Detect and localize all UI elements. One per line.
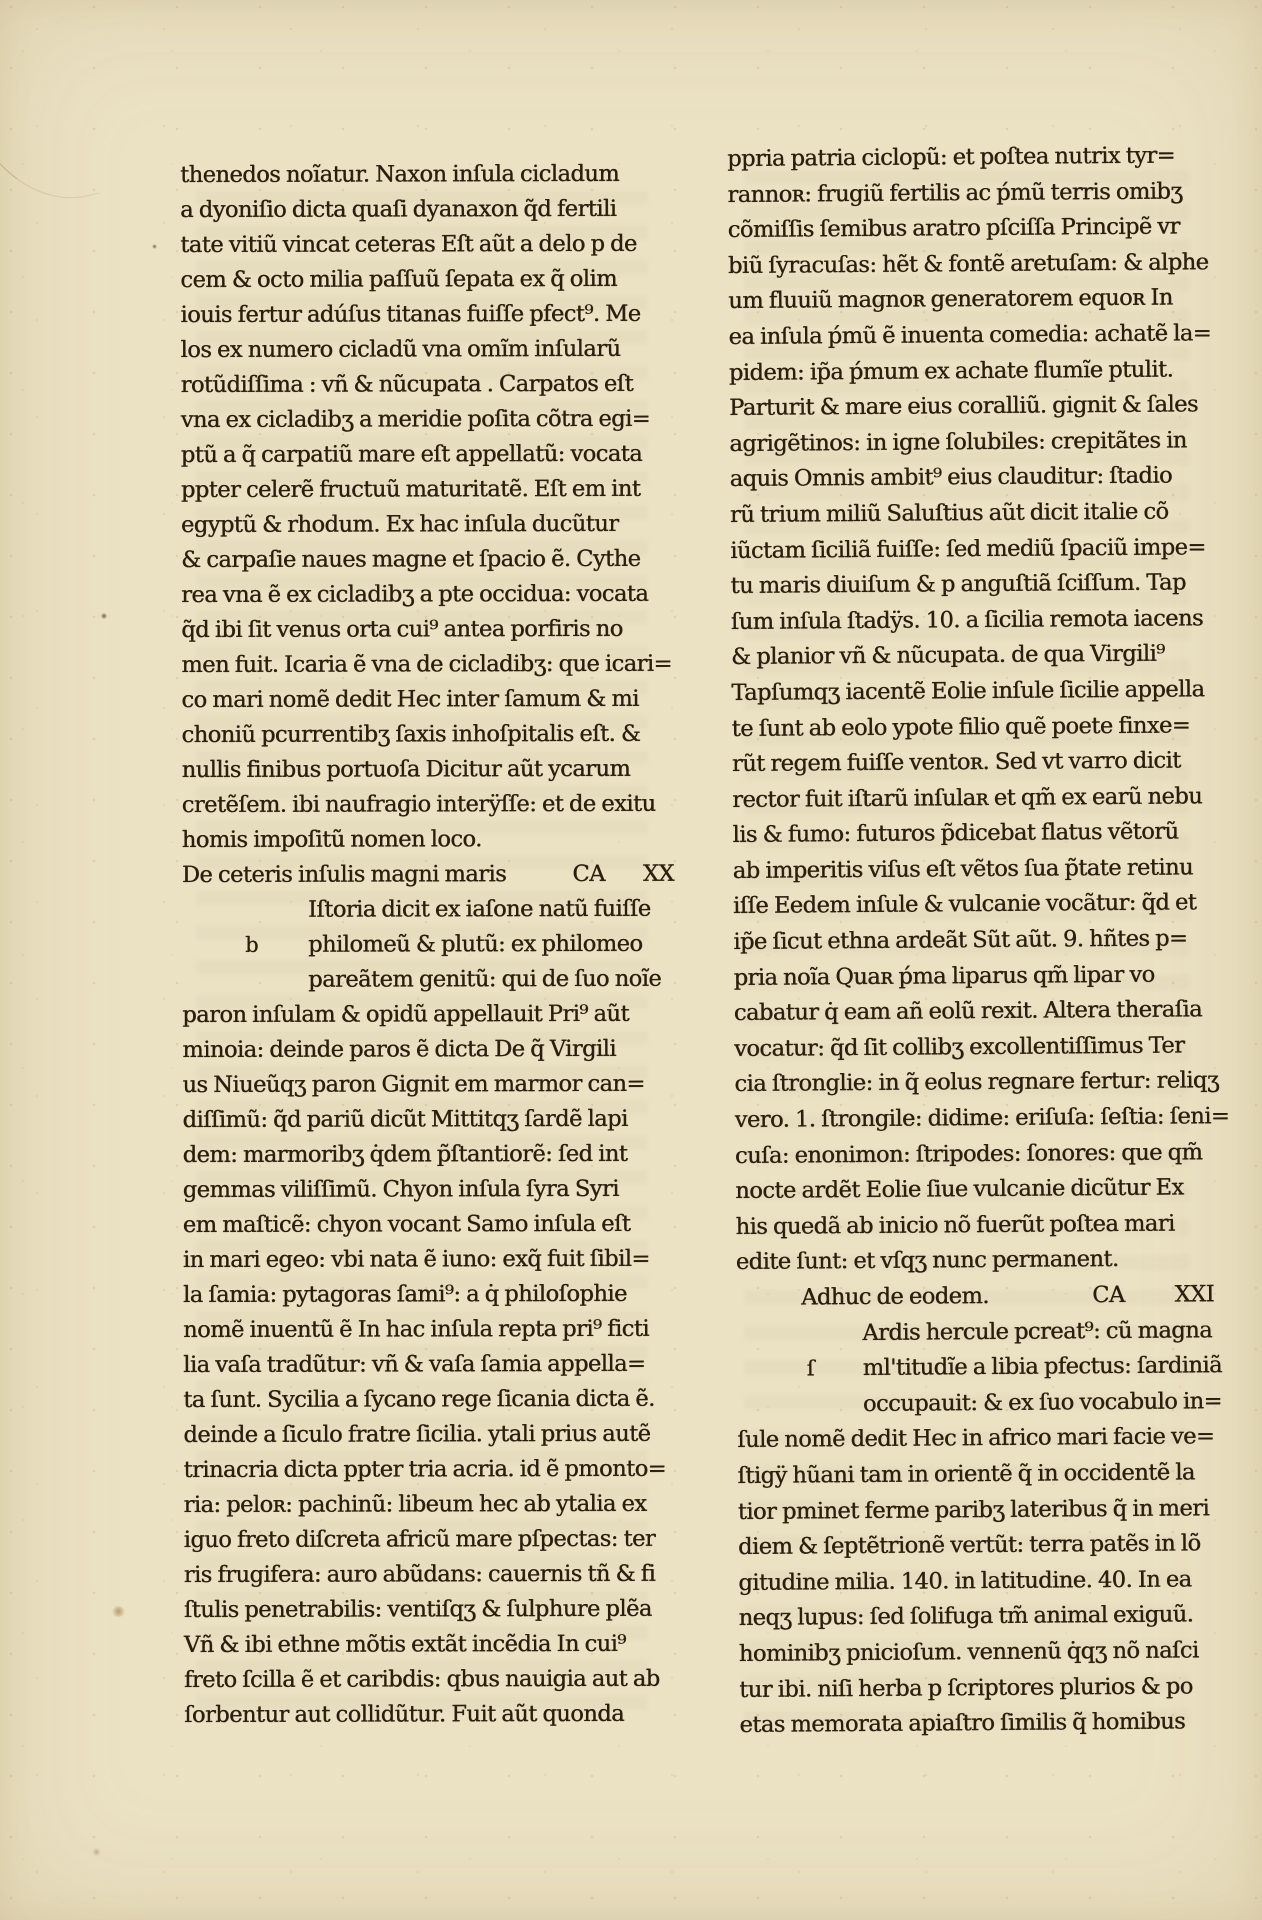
line-text: em maſticẽ: chyon vocant Samo inſula eſt bbox=[183, 1211, 631, 1238]
line-text: Parturit & mare eius coralliũ. gignit & … bbox=[729, 391, 1198, 421]
line-text: iguo freto diſcreta africũ mare pſpectas… bbox=[184, 1526, 656, 1553]
text-line: rũt regem fuiſſe ventoʀ. Sed vt varro di… bbox=[732, 743, 1210, 782]
text-line: pidem: ip̃a ṕmum ex achate flumĩe ptulit… bbox=[729, 352, 1207, 391]
line-text: te ſunt ab eolo ypote filio quẽ poete fi… bbox=[732, 712, 1191, 742]
text-line: ppria patria ciclopũ: et poſtea nutrix t… bbox=[727, 138, 1205, 177]
line-text: iouis fertur adúſus titanas fuiſſe pfect… bbox=[180, 301, 640, 328]
line-text: tur ibi. niſi herba p ſcriptores plurios… bbox=[739, 1673, 1193, 1703]
text-line: cabatur q̇ eam añ eolũ rexit. Altera the… bbox=[734, 992, 1212, 1031]
text-line: ſtigÿ hũani tam in orientẽ q̃ in occiden… bbox=[737, 1455, 1215, 1494]
line-text: Iſtoria dicit ex iaſone natũ fuiſſe bbox=[308, 896, 651, 923]
line-text: q̃d ibi ſit venus orta cui⁹ antea porfir… bbox=[181, 616, 623, 643]
line-text: diſſimũ: q̃d pariũ dicũt Mittitqʒ ſardẽ … bbox=[182, 1106, 627, 1133]
chapter-heading: Adhuc de eodem.CAXXI bbox=[736, 1277, 1214, 1316]
line-text: diem & ſeptẽtrionẽ vertũt: terra patẽs i… bbox=[738, 1530, 1201, 1560]
line-text: rotũdiſſima : vñ & nũcupata . Carpatos e… bbox=[181, 371, 634, 398]
foxing-spot bbox=[112, 1606, 125, 1617]
chapter-label: CA bbox=[1092, 1278, 1125, 1314]
text-line: iũctam ſiciliã fuiſſe: ſed mediũ ſpaciũ … bbox=[730, 530, 1208, 569]
foxing-spot bbox=[101, 613, 107, 619]
foxing-spot bbox=[92, 1848, 101, 1856]
text-line: ip̃e ſicut ethna ardeãt Sũt aũt. 9. hñte… bbox=[733, 921, 1211, 960]
line-text: gemmas viliſſimũ. Chyon inſula ſyra Syri bbox=[183, 1176, 619, 1203]
text-line: aquis Omnis ambit⁹ eius clauditur: ſtadi… bbox=[730, 459, 1208, 498]
line-text: iſſe Eedem inſule & vulcanie vocãtur: q̃… bbox=[733, 890, 1196, 920]
line-text: ppria patria ciclopũ: et poſtea nutrix t… bbox=[727, 142, 1175, 172]
text-line: diſſimũ: q̃d pariũ dicũt Mittitqʒ ſardẽ … bbox=[182, 1102, 674, 1138]
initial-guide-letter: ſ bbox=[807, 1352, 815, 1388]
line-text: lia vaſa tradũtur: vñ & vaſa ſamia appel… bbox=[183, 1351, 645, 1378]
line-text: rector fuit iſtarũ inſulaʀ et qm̃ ex ear… bbox=[732, 783, 1202, 813]
line-text: tate vitiũ vincat ceteras Eſt aũt a delo… bbox=[180, 231, 637, 258]
chapter-heading-title: Adhuc de eodem. bbox=[801, 1279, 989, 1316]
line-text: minoia: deinde paros ẽ dicta De q̃ Virgi… bbox=[182, 1036, 616, 1063]
line-text: deinde a ſiculo fratre ſicilia. ytali pr… bbox=[183, 1421, 650, 1448]
line-text: occupauit: & ex ſuo vocabulo in= bbox=[863, 1388, 1222, 1417]
line-text: ſule nomẽ dedit Hec in africo mari facie… bbox=[737, 1424, 1214, 1454]
text-line: nullis finibus portuoſa Dicitur aũt ycar… bbox=[182, 752, 674, 788]
line-text: a dyoniſio dicta quaſi dyanaxon q̃d fert… bbox=[180, 196, 616, 223]
line-text: lis & fumo: futuros p̃dicebat flatus vẽt… bbox=[732, 819, 1178, 849]
text-line: hominibʒ pnicioſum. vennenũ q̇qʒ nõ naſc… bbox=[739, 1633, 1217, 1672]
text-line: a dyoniſio dicta quaſi dyanaxon q̃d fert… bbox=[180, 192, 672, 228]
text-line: agrigẽtinos: in igne ſolubiles: crepitãt… bbox=[729, 423, 1207, 462]
text-line: men fuit. Icaria ẽ vna de cicladibʒ: que… bbox=[181, 647, 673, 683]
text-line: his quedã ab inicio nõ fuerũt poſtea mar… bbox=[735, 1206, 1213, 1245]
line-text: nocte ardẽt Eolie ſiue vulcanie dicũtur … bbox=[735, 1175, 1184, 1205]
line-text: & carpaſie naues magne et ſpacio ẽ. Cyth… bbox=[181, 546, 640, 573]
line-text: neqʒ lupus: ſed ſolifuga tm̃ animal exig… bbox=[738, 1602, 1193, 1632]
text-line: & planior vñ & nũcupata. de qua Virgili⁹ bbox=[731, 637, 1209, 676]
text-line: q̃d ibi ſit venus orta cui⁹ antea porfir… bbox=[181, 612, 673, 648]
text-line: los ex numero cicladũ vna omĩm inſularũ bbox=[180, 332, 672, 368]
text-line: pareãtem genitũ: qui de ſuo noĩe bbox=[182, 962, 674, 998]
line-text: rannoʀ: frugiũ fertilis ac ṕmũ terris om… bbox=[727, 178, 1182, 208]
text-line: deinde a ſiculo fratre ſicilia. ytali pr… bbox=[183, 1417, 675, 1453]
paper-fiber bbox=[0, 47, 100, 220]
line-text: rũ trium miliũ Saluſtius aũt dicit itali… bbox=[730, 498, 1169, 527]
text-line: ea inſula ṕmũ ẽ inuenta comedia: achatẽ … bbox=[728, 316, 1206, 355]
line-text: nomẽ inuentũ ẽ In hac inſula repta pri⁹ … bbox=[183, 1316, 649, 1343]
line-text: trinacria dicta ppter tria acria. id ẽ p… bbox=[183, 1456, 666, 1483]
text-line: us Niueũqʒ paron Gignit em marmor can= bbox=[182, 1067, 674, 1103]
text-line: iouis fertur adúſus titanas fuiſſe pfect… bbox=[180, 297, 672, 333]
line-text: cabatur q̇ eam añ eolũ rexit. Altera the… bbox=[734, 997, 1202, 1027]
foxing-spot bbox=[152, 244, 157, 249]
line-text: Tapſumqʒ iacentẽ Eolie inſule ſicilie ap… bbox=[731, 676, 1204, 706]
line-text: cuſa: enonimon: ſtripodes: ſonores: que … bbox=[735, 1139, 1203, 1169]
line-text: etas memorata apiaſtro ſimilis q̃ homibu… bbox=[739, 1709, 1185, 1739]
text-line: rotũdiſſima : vñ & nũcupata . Carpatos e… bbox=[181, 367, 673, 403]
line-text: pidem: ip̃a ṕmum ex achate flumĩe ptulit… bbox=[729, 356, 1174, 385]
line-text: ſtulis penetrabilis: ventiſqʒ & ſulphure… bbox=[184, 1596, 652, 1623]
text-line: tate vitiũ vincat ceteras Eſt aũt a delo… bbox=[180, 227, 672, 263]
line-text: freto ſcilla ẽ et caribdis: qbus nauigia… bbox=[184, 1666, 660, 1693]
text-line: tior pminet ferme paribʒ lateribus q̃ in… bbox=[738, 1491, 1216, 1530]
text-line: ta ſunt. Sycilia a ſycano rege ſicania d… bbox=[183, 1382, 675, 1418]
line-text: in mari egeo: vbi nata ẽ iuno: exq̃ fuit… bbox=[183, 1246, 650, 1273]
text-line: lia vaſa tradũtur: vñ & vaſa ſamia appel… bbox=[183, 1347, 675, 1383]
text-line: neqʒ lupus: ſed ſolifuga tm̃ animal exig… bbox=[738, 1598, 1216, 1637]
text-line: ſml'titudĩe a libia pfectus: ſardiniã bbox=[737, 1348, 1215, 1387]
line-text: Vñ & ibi ethne mõtis extãt incẽdia In cu… bbox=[184, 1631, 626, 1658]
text-line: ppter celerẽ fructuũ maturitatẽ. Eſt em … bbox=[181, 472, 673, 508]
text-line: egyptũ & rhodum. Ex hac inſula ducũtur bbox=[181, 507, 673, 543]
text-line: Vñ & ibi ethne mõtis extãt incẽdia In cu… bbox=[184, 1627, 676, 1663]
text-line: ab imperitis viſus eſt vẽtos ſua p̃tate … bbox=[733, 850, 1211, 889]
line-text: vna ex cicladibʒ a meridie poſita cõtra … bbox=[181, 406, 650, 433]
line-text: cretẽſem. ibi naufragio interÿſſe: et de… bbox=[182, 791, 656, 818]
text-line: iguo freto diſcreta africũ mare pſpectas… bbox=[184, 1522, 676, 1558]
text-line: la ſamia: pytagoras ſami⁹: a q̇ philoſop… bbox=[183, 1277, 675, 1313]
line-text: ſorbentur aut collidũtur. Fuit aũt quond… bbox=[184, 1701, 624, 1728]
text-line: cretẽſem. ibi naufragio interÿſſe: et de… bbox=[182, 787, 674, 823]
text-line: tu maris diuiſum & p anguſtiã ſciſſum. T… bbox=[730, 565, 1208, 604]
line-text: ptũ a q̃ carpatiũ mare eſt appellatũ: vo… bbox=[181, 441, 642, 468]
text-line: paron inſulam & opidũ appellauit Pri⁹ aũ… bbox=[182, 997, 674, 1033]
text-line: gitudine milia. 140. in latitudine. 40. … bbox=[738, 1562, 1216, 1601]
text-line: rũ trium miliũ Saluſtius aũt dicit itali… bbox=[730, 494, 1208, 533]
text-line: ſum inſula ſtadÿs. 10. a ſicilia remota … bbox=[731, 601, 1209, 640]
text-line: bphilomeũ & plutũ: ex philomeo bbox=[182, 927, 674, 963]
text-line: choniũ pcurrentibʒ ſaxis inhoſpitalis eſ… bbox=[181, 717, 673, 753]
text-line: iſſe Eedem inſule & vulcanie vocãtur: q̃… bbox=[733, 886, 1211, 925]
text-line: vocatur: q̃d ſit collibʒ excollentiſſimu… bbox=[734, 1028, 1212, 1067]
text-line: rea vna ẽ ex cicladibʒ a pte occidua: vo… bbox=[181, 577, 673, 613]
line-text: ſtigÿ hũani tam in orientẽ q̃ in occiden… bbox=[737, 1459, 1195, 1489]
line-text: agrigẽtinos: in igne ſolubiles: crepitãt… bbox=[729, 427, 1187, 457]
text-line: um fluuiũ magnoʀ generatorem equoʀ In bbox=[728, 281, 1206, 320]
line-text: cõmiſſis ſemibus aratro pſciſſa Principẽ… bbox=[728, 214, 1180, 244]
incunabulum-page: thenedos noĩatur. Naxon inſula cicladuma… bbox=[0, 0, 1262, 1920]
line-text: egyptũ & rhodum. Ex hac inſula ducũtur bbox=[181, 511, 619, 538]
right-text-column: ppria patria ciclopũ: et poſtea nutrix t… bbox=[727, 138, 1218, 1743]
line-text: ria: peloʀ: pachinũ: libeum hec ab ytali… bbox=[183, 1491, 646, 1518]
text-line: lis & fumo: futuros p̃dicebat flatus vẽt… bbox=[732, 815, 1210, 854]
text-line: te ſunt ab eolo ypote filio quẽ poete fi… bbox=[731, 708, 1209, 747]
text-line: occupauit: & ex ſuo vocabulo in= bbox=[737, 1384, 1215, 1423]
line-text: ip̃e ſicut ethna ardeãt Sũt aũt. 9. hñte… bbox=[733, 925, 1187, 955]
line-text: thenedos noĩatur. Naxon inſula cicladum bbox=[180, 161, 619, 188]
line-text: philomeũ & plutũ: ex philomeo bbox=[308, 931, 642, 958]
text-line: rector fuit iſtarũ inſulaʀ et qm̃ ex ear… bbox=[732, 779, 1210, 818]
text-line: trinacria dicta ppter tria acria. id ẽ p… bbox=[183, 1452, 675, 1488]
line-text: ml'titudĩe a libia pfectus: ſardiniã bbox=[863, 1352, 1223, 1381]
text-line: vero. 1. ſtrongile: didime: eriſuſa: ſeſ… bbox=[735, 1099, 1213, 1138]
text-line: vna ex cicladibʒ a meridie poſita cõtra … bbox=[181, 402, 673, 438]
line-text: rea vna ẽ ex cicladibʒ a pte occidua: vo… bbox=[181, 581, 648, 608]
line-text: ab imperitis viſus eſt vẽtos ſua p̃tate … bbox=[733, 854, 1193, 884]
line-text: Ardis hercule pcreat⁹: cũ magna bbox=[862, 1317, 1212, 1346]
text-line: ptũ a q̃ carpatiũ mare eſt appellatũ: vo… bbox=[181, 437, 673, 473]
line-text: vocatur: q̃d ſit collibʒ excollentiſſimu… bbox=[734, 1032, 1184, 1062]
text-line: ſtulis penetrabilis: ventiſqʒ & ſulphure… bbox=[184, 1592, 676, 1628]
text-line: cõmiſſis ſemibus aratro pſciſſa Principẽ… bbox=[728, 209, 1206, 248]
line-text: vero. 1. ſtrongile: didime: eriſuſa: ſeſ… bbox=[735, 1103, 1230, 1133]
text-line: ſorbentur aut collidũtur. Fuit aũt quond… bbox=[184, 1697, 676, 1733]
text-line: dem: marmoribʒ q̇dem p̃ſtantiorẽ: ſed in… bbox=[183, 1137, 675, 1173]
line-text: & planior vñ & nũcupata. de qua Virgili⁹ bbox=[731, 641, 1165, 670]
text-line: diem & ſeptẽtrionẽ vertũt: terra patẽs i… bbox=[738, 1526, 1216, 1565]
line-text: men fuit. Icaria ẽ vna de cicladibʒ: que… bbox=[181, 651, 672, 678]
line-text: rũt regem fuiſſe ventoʀ. Sed vt varro di… bbox=[732, 748, 1181, 778]
line-text: dem: marmoribʒ q̇dem p̃ſtantiorẽ: ſed in… bbox=[183, 1141, 628, 1168]
line-text: ea inſula ṕmũ ẽ inuenta comedia: achatẽ … bbox=[728, 320, 1211, 350]
line-text: biũ ſyracuſas: hẽt & fontẽ aretuſam: & a… bbox=[728, 249, 1209, 279]
initial-guide-letter: b bbox=[245, 928, 258, 963]
line-text: ta ſunt. Sycilia a ſycano rege ſicania d… bbox=[183, 1386, 655, 1413]
text-line: cia ſtronglie: in q̃ eolus regnare fertu… bbox=[734, 1064, 1212, 1103]
chapter-heading-title: De ceteris inſulis magni maris bbox=[182, 857, 506, 893]
line-text: cem & octo milia paſſuũ ſepata ex q̃ oli… bbox=[180, 266, 617, 293]
line-text: co mari nomẽ dedit Hec inter ſamum & mi bbox=[181, 686, 638, 713]
line-text: iũctam ſiciliã fuiſſe: ſed mediũ ſpaciũ … bbox=[730, 534, 1206, 564]
left-text-column: thenedos noĩatur. Naxon inſula cicladuma… bbox=[180, 157, 676, 1733]
text-line: nocte ardẽt Eolie ſiue vulcanie dicũtur … bbox=[735, 1170, 1213, 1209]
line-text: choniũ pcurrentibʒ ſaxis inhoſpitalis eſ… bbox=[181, 721, 640, 748]
line-text: his quedã ab inicio nõ fuerũt poſtea mar… bbox=[735, 1210, 1174, 1239]
text-line: Iſtoria dicit ex iaſone natũ fuiſſe bbox=[182, 892, 674, 928]
text-line: biũ ſyracuſas: hẽt & fontẽ aretuſam: & a… bbox=[728, 245, 1206, 284]
line-text: paron inſulam & opidũ appellauit Pri⁹ aũ… bbox=[182, 1001, 629, 1028]
line-text: aquis Omnis ambit⁹ eius clauditur: ſtadi… bbox=[730, 463, 1173, 492]
line-text: pareãtem genitũ: qui de ſuo noĩe bbox=[308, 966, 661, 993]
text-line: Ardis hercule pcreat⁹: cũ magna bbox=[736, 1313, 1214, 1352]
line-text: nullis finibus portuoſa Dicitur aũt ycar… bbox=[182, 756, 631, 783]
line-text: gitudine milia. 140. in latitudine. 40. … bbox=[738, 1566, 1191, 1596]
text-line: Tapſumqʒ iacentẽ Eolie inſule ſicilie ap… bbox=[731, 672, 1209, 711]
line-text: ris frugifera: auro abũdans: cauernis tñ… bbox=[184, 1561, 656, 1588]
text-line: Parturit & mare eius coralliũ. gignit & … bbox=[729, 387, 1207, 426]
text-line: cuſa: enonimon: ſtripodes: ſonores: que … bbox=[735, 1135, 1213, 1174]
text-line: homis impoſitũ nomen loco. bbox=[182, 822, 674, 858]
text-line: etas memorata apiaſtro ſimilis q̃ homibu… bbox=[739, 1704, 1217, 1743]
line-text: homis impoſitũ nomen loco. bbox=[182, 826, 482, 853]
text-line: pria noĩa Quaʀ ṕma liparus qm̃ lipar vo bbox=[733, 957, 1211, 996]
chapter-heading: De ceteris inſulis magni marisCAXX bbox=[182, 857, 674, 893]
text-line: em maſticẽ: chyon vocant Samo inſula eſt bbox=[183, 1207, 675, 1243]
text-line: ria: peloʀ: pachinũ: libeum hec ab ytali… bbox=[183, 1487, 675, 1523]
text-line: minoia: deinde paros ẽ dicta De q̃ Virgi… bbox=[182, 1032, 674, 1068]
text-line: thenedos noĩatur. Naxon inſula cicladum bbox=[180, 157, 672, 193]
line-text: los ex numero cicladũ vna omĩm inſularũ bbox=[180, 336, 620, 363]
line-text: ſum inſula ſtadÿs. 10. a ſicilia remota … bbox=[731, 605, 1203, 635]
text-line: in mari egeo: vbi nata ẽ iuno: exq̃ fuit… bbox=[183, 1242, 675, 1278]
line-text: cia ſtronglie: in q̃ eolus regnare fertu… bbox=[734, 1068, 1219, 1098]
line-text: tu maris diuiſum & p anguſtiã ſciſſum. T… bbox=[730, 570, 1186, 600]
text-line: ſule nomẽ dedit Hec in africo mari facie… bbox=[737, 1420, 1215, 1459]
text-line: freto ſcilla ẽ et caribdis: qbus nauigia… bbox=[184, 1662, 676, 1698]
line-text: pria noĩa Quaʀ ṕma liparus qm̃ lipar vo bbox=[733, 961, 1154, 990]
line-text: edite ſunt: et vſqʒ nunc permanent. bbox=[736, 1246, 1119, 1275]
text-line: rannoʀ: frugiũ fertilis ac ṕmũ terris om… bbox=[727, 174, 1205, 213]
line-text: tior pminet ferme paribʒ lateribus q̃ in… bbox=[738, 1495, 1210, 1525]
text-line: gemmas viliſſimũ. Chyon inſula ſyra Syri bbox=[183, 1172, 675, 1208]
chapter-label: CA bbox=[572, 857, 605, 892]
text-line: & carpaſie naues magne et ſpacio ẽ. Cyth… bbox=[181, 542, 673, 578]
text-line: cem & octo milia paſſuũ ſepata ex q̃ oli… bbox=[180, 262, 672, 298]
text-line: ris frugifera: auro abũdans: cauernis tñ… bbox=[184, 1557, 676, 1593]
chapter-number: XX bbox=[643, 857, 674, 892]
text-line: nomẽ inuentũ ẽ In hac inſula repta pri⁹ … bbox=[183, 1312, 675, 1348]
line-text: um fluuiũ magnoʀ generatorem equoʀ In bbox=[728, 285, 1173, 314]
line-text: hominibʒ pnicioſum. vennenũ q̇qʒ nõ naſc… bbox=[739, 1637, 1199, 1667]
text-line: edite ſunt: et vſqʒ nunc permanent. bbox=[736, 1242, 1214, 1281]
text-line: tur ibi. niſi herba p ſcriptores plurios… bbox=[739, 1669, 1217, 1708]
line-text: us Niueũqʒ paron Gignit em marmor can= bbox=[182, 1071, 644, 1098]
line-text: la ſamia: pytagoras ſami⁹: a q̇ philoſop… bbox=[183, 1281, 627, 1308]
line-text: ppter celerẽ fructuũ maturitatẽ. Eſt em … bbox=[181, 476, 640, 503]
chapter-number: XXI bbox=[1174, 1277, 1214, 1313]
text-line: co mari nomẽ dedit Hec inter ſamum & mi bbox=[181, 682, 673, 718]
